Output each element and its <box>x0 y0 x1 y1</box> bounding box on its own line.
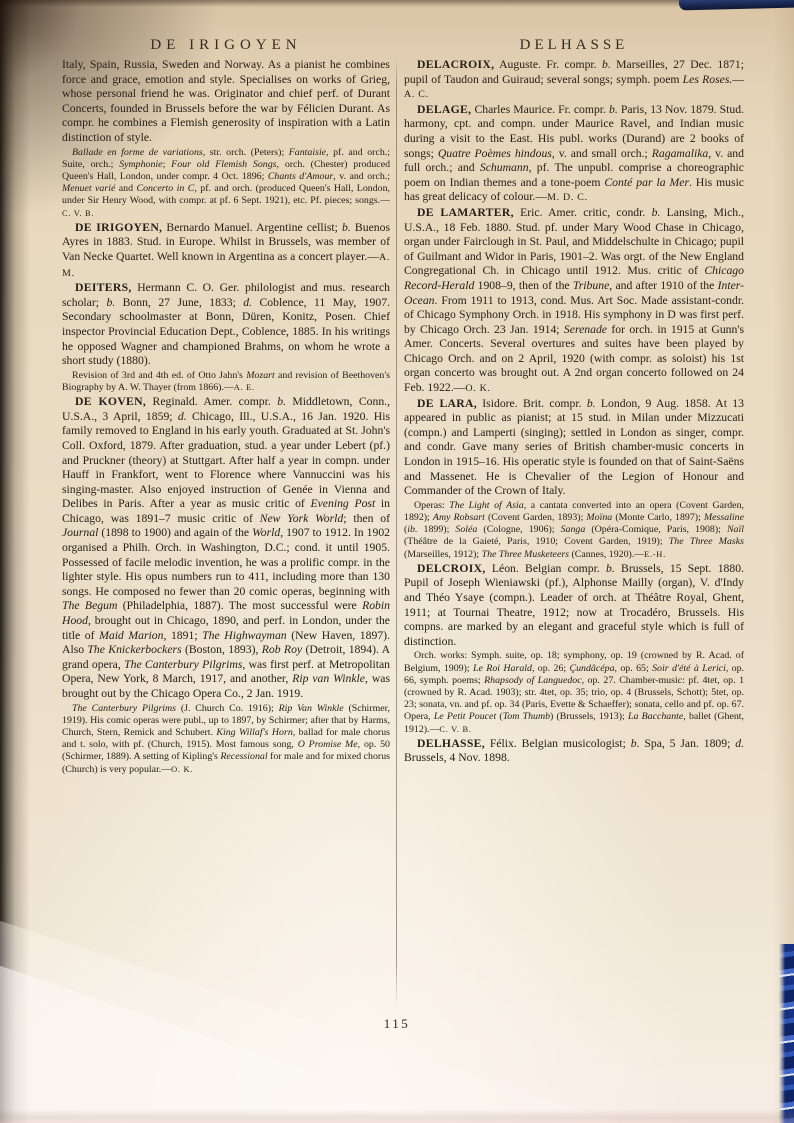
paragraph: Operas: The Light of Asia, a cantata con… <box>404 500 744 561</box>
text-run: Léon. Belgian compr. <box>486 562 606 575</box>
text-run: E.-H. <box>644 550 666 559</box>
paragraph: DELHASSE, Félix. Belgian musicologist; b… <box>404 737 744 766</box>
text-run: Revision of 3rd and 4th ed. of Otto Jahn… <box>72 370 246 381</box>
text-run: b. <box>106 296 115 309</box>
text-run: b. <box>631 737 640 750</box>
text-run: The Highwayman <box>202 629 286 642</box>
text-run: Symphonie <box>119 159 162 170</box>
text-run: 1908–9, then of the <box>474 279 573 292</box>
text-run: Félix. Belgian musicologist; <box>485 737 631 750</box>
text-run: DE IRIGOYEN, <box>75 221 162 234</box>
text-run: Amy Robsart <box>433 512 485 523</box>
text-run: The Three Musketeers <box>482 549 569 560</box>
text-run: d. <box>735 737 744 750</box>
text-run: Evening Post <box>310 497 375 510</box>
paragraph: The Canterbury Pilgrims (J. Church Co. 1… <box>62 703 390 776</box>
text-run: and <box>115 183 136 194</box>
text-run: Ragamalika <box>652 147 708 160</box>
text-run: Le Petit Poucet <box>434 711 496 722</box>
text-run: London, 9 Aug. 1858. At 13 appeared in p… <box>404 397 744 498</box>
text-run: b. <box>587 397 596 410</box>
text-run: Menuet varié <box>62 183 115 194</box>
page-bottom-edge <box>0 1109 794 1123</box>
text-run: Schumann <box>480 161 529 174</box>
text-run: DELCROIX, <box>417 562 486 575</box>
text-run: Four old Flemish Songs <box>171 159 276 170</box>
text-run: b. <box>277 395 286 408</box>
text-run: Soléa <box>455 524 477 535</box>
text-run: Fantaisie <box>289 147 326 158</box>
text-run: Mozart <box>246 370 275 381</box>
text-run: Les Roses. <box>683 73 733 86</box>
text-run: Rhapsody of Languedoc <box>484 675 581 686</box>
text-run: Le Roi Harald <box>473 663 532 674</box>
text-run: Journal <box>62 526 98 539</box>
text-run: , op. 26; <box>532 663 570 674</box>
text-run: ; <box>163 159 172 170</box>
text-run: Quatre Poèmes hindous <box>438 147 552 160</box>
text-run: ) (Brussels, 1913); <box>550 711 628 722</box>
text-run: A. C. <box>404 89 429 100</box>
text-run: DELACROIX, <box>417 58 494 71</box>
text-run: DELHASSE, <box>417 737 485 750</box>
text-run: Ballade en forme de variations <box>72 147 203 158</box>
text-run: (Marseilles, 1912); <box>404 549 482 560</box>
text-run: b. <box>342 221 351 234</box>
text-run: Moïna <box>586 512 612 523</box>
text-run: d. <box>243 296 252 309</box>
text-run: The Three Masks <box>669 536 744 547</box>
text-run: (Cologne, 1906); <box>477 524 560 535</box>
text-run: DE LAMARTER, <box>417 206 514 219</box>
text-run: C. V. B. <box>439 725 471 734</box>
paragraph: Revision of 3rd and 4th ed. of Otto Jahn… <box>62 370 390 394</box>
text-run: , v. and orch.; <box>333 171 390 182</box>
text-run: Çundâcépa <box>570 663 615 674</box>
text-run: Naïl <box>727 524 744 535</box>
text-run: DELAGE, <box>417 103 471 116</box>
text-run: (1898 to 1900) and again of the <box>98 526 252 539</box>
text-run: The Canterbury Pilgrims <box>72 703 176 714</box>
text-run: DE LARA, <box>417 397 477 410</box>
text-run: Tribune <box>573 279 609 292</box>
text-run: Soir d'été à Lerici <box>652 663 726 674</box>
page-number: 115 <box>350 1016 444 1032</box>
text-run: New York World <box>260 512 344 525</box>
text-run: O. K. <box>465 383 490 394</box>
text-run: O Promise Me <box>298 739 358 750</box>
running-head-left: DE IRIGOYEN <box>62 34 390 56</box>
text-run: World <box>252 526 280 539</box>
text-run: The Knickerbockers <box>87 643 181 656</box>
text-run: , v. and small orch.; <box>552 147 652 160</box>
text-run: (Opéra-Comique, Paris, 1908); <box>585 524 727 535</box>
text-run: Messaline <box>704 512 744 523</box>
text-run: ; then of <box>343 512 390 525</box>
text-run: , and after 1910 of the <box>609 279 717 292</box>
text-run: Concerto in C <box>136 183 194 194</box>
text-run: Operas: <box>414 500 449 511</box>
text-run: The Begum <box>62 599 117 612</box>
text-run: M. D. C. <box>547 192 588 203</box>
paragraph: DELACROIX, Auguste. Fr. compr. b. Marsei… <box>404 58 744 103</box>
right-column: DELACROIX, Auguste. Fr. compr. b. Marsei… <box>404 58 744 1058</box>
text-run: Rip van Winkle <box>292 672 365 685</box>
text-run: (J. Church Co. 1916); <box>176 703 279 714</box>
text-run: Spa, 5 Jan. 1809; <box>640 737 736 750</box>
text-run: Conté par la Mer <box>604 176 689 189</box>
text-run: (Philadelphia, 1887). The most successfu… <box>117 599 362 612</box>
text-run: Bernardo Manuel. Argentine cellist; <box>162 221 342 234</box>
left-column: Italy, Spain, Russia, Sweden and Norway.… <box>62 58 390 1058</box>
text-run: Recessional <box>220 751 267 762</box>
text-run: (Monte Carlo, 1897); <box>612 512 704 523</box>
text-run: DEITERS, <box>75 281 132 294</box>
paragraph: DE KOVEN, Reginald. Amer. compr. b. Midd… <box>62 395 390 701</box>
scanned-book-page: DE IRIGOYEN DELHASSE Italy, Spain, Russi… <box>0 0 794 1123</box>
paragraph: DELAGE, Charles Maurice. Fr. compr. b. P… <box>404 103 744 206</box>
text-run: Brussels, 4 Nov. 1898. <box>404 751 510 764</box>
text-run: Auguste. Fr. compr. <box>494 58 602 71</box>
text-run: d. <box>178 410 187 423</box>
text-run: Charles Maurice. Fr. compr. <box>471 103 609 116</box>
text-run: Eric. Amer. critic, condr. <box>514 206 652 219</box>
text-run: Isidore. Brit. compr. <box>477 397 587 410</box>
paragraph: Ballade en forme de variations, str. orc… <box>62 147 390 220</box>
text-run: Italy, Spain, Russia, Sweden and Norway.… <box>62 58 390 144</box>
text-run: The Light of Asia <box>449 500 523 511</box>
text-run: Tom Thumb <box>503 711 550 722</box>
text-run: Chicago, Ill., U.S.A., 16 Jan. 1920. His… <box>62 410 390 511</box>
text-run: La Bacchante <box>628 711 683 722</box>
text-run: 1899); <box>417 524 455 535</box>
text-run: King Willaf's Horn <box>216 727 292 738</box>
paragraph: Italy, Spain, Russia, Sweden and Norway.… <box>62 58 390 146</box>
text-run: Reginald. Amer. compr. <box>146 395 277 408</box>
column-divider-rule <box>396 58 397 1008</box>
text-run: The Canterbury Pilgrims <box>124 658 242 671</box>
text-run: Rob Roy <box>262 643 302 656</box>
text-run: , op. 65; <box>615 663 653 674</box>
text-run: (Boston, 1893), <box>182 643 262 656</box>
text-run: Serenade <box>564 323 607 336</box>
text-run: (Covent Garden, 1893); <box>485 512 587 523</box>
text-run: b. <box>602 58 611 71</box>
text-run: b. <box>609 103 618 116</box>
text-run: Bonn, 27 June, 1833; <box>115 296 243 309</box>
text-run: DE KOVEN, <box>75 395 146 408</box>
text-run: O. K. <box>171 765 193 774</box>
text-run: , str. orch. (Peters); <box>203 147 289 158</box>
text-run: Maid Marion <box>99 629 163 642</box>
paragraph: DE LAMARTER, Eric. Amer. critic, condr. … <box>404 206 744 397</box>
book-cover-right-edge <box>779 944 794 1123</box>
text-run: Chants d'Amour <box>268 171 333 182</box>
text-run: (Théâtre de la Gaieté, Paris, 1910; Cove… <box>404 536 669 547</box>
paragraph: DE LARA, Isidore. Brit. compr. b. London… <box>404 397 744 499</box>
paragraph: DEITERS, Hermann C. O. Ger. philologist … <box>62 281 390 369</box>
text-run: Rip Van Winkle <box>279 703 344 714</box>
text-run: — <box>732 73 744 86</box>
paragraph: DELCROIX, Léon. Belgian compr. b. Brusse… <box>404 562 744 650</box>
text-run: , 1891; <box>163 629 202 642</box>
paragraph: Orch. works: Symph. suite, op. 18; symph… <box>404 650 744 735</box>
text-run: C. V. B. <box>62 209 94 218</box>
paragraph: DE IRIGOYEN, Bernardo Manuel. Argentine … <box>62 221 390 281</box>
text-run: Sanga <box>561 524 586 535</box>
text-run: ib. <box>407 524 417 535</box>
text-run: b. <box>606 562 615 575</box>
running-head-right: DELHASSE <box>404 34 744 56</box>
text-run: (Cannes, 1920).— <box>569 549 644 560</box>
text-run: A. E. <box>234 383 255 392</box>
